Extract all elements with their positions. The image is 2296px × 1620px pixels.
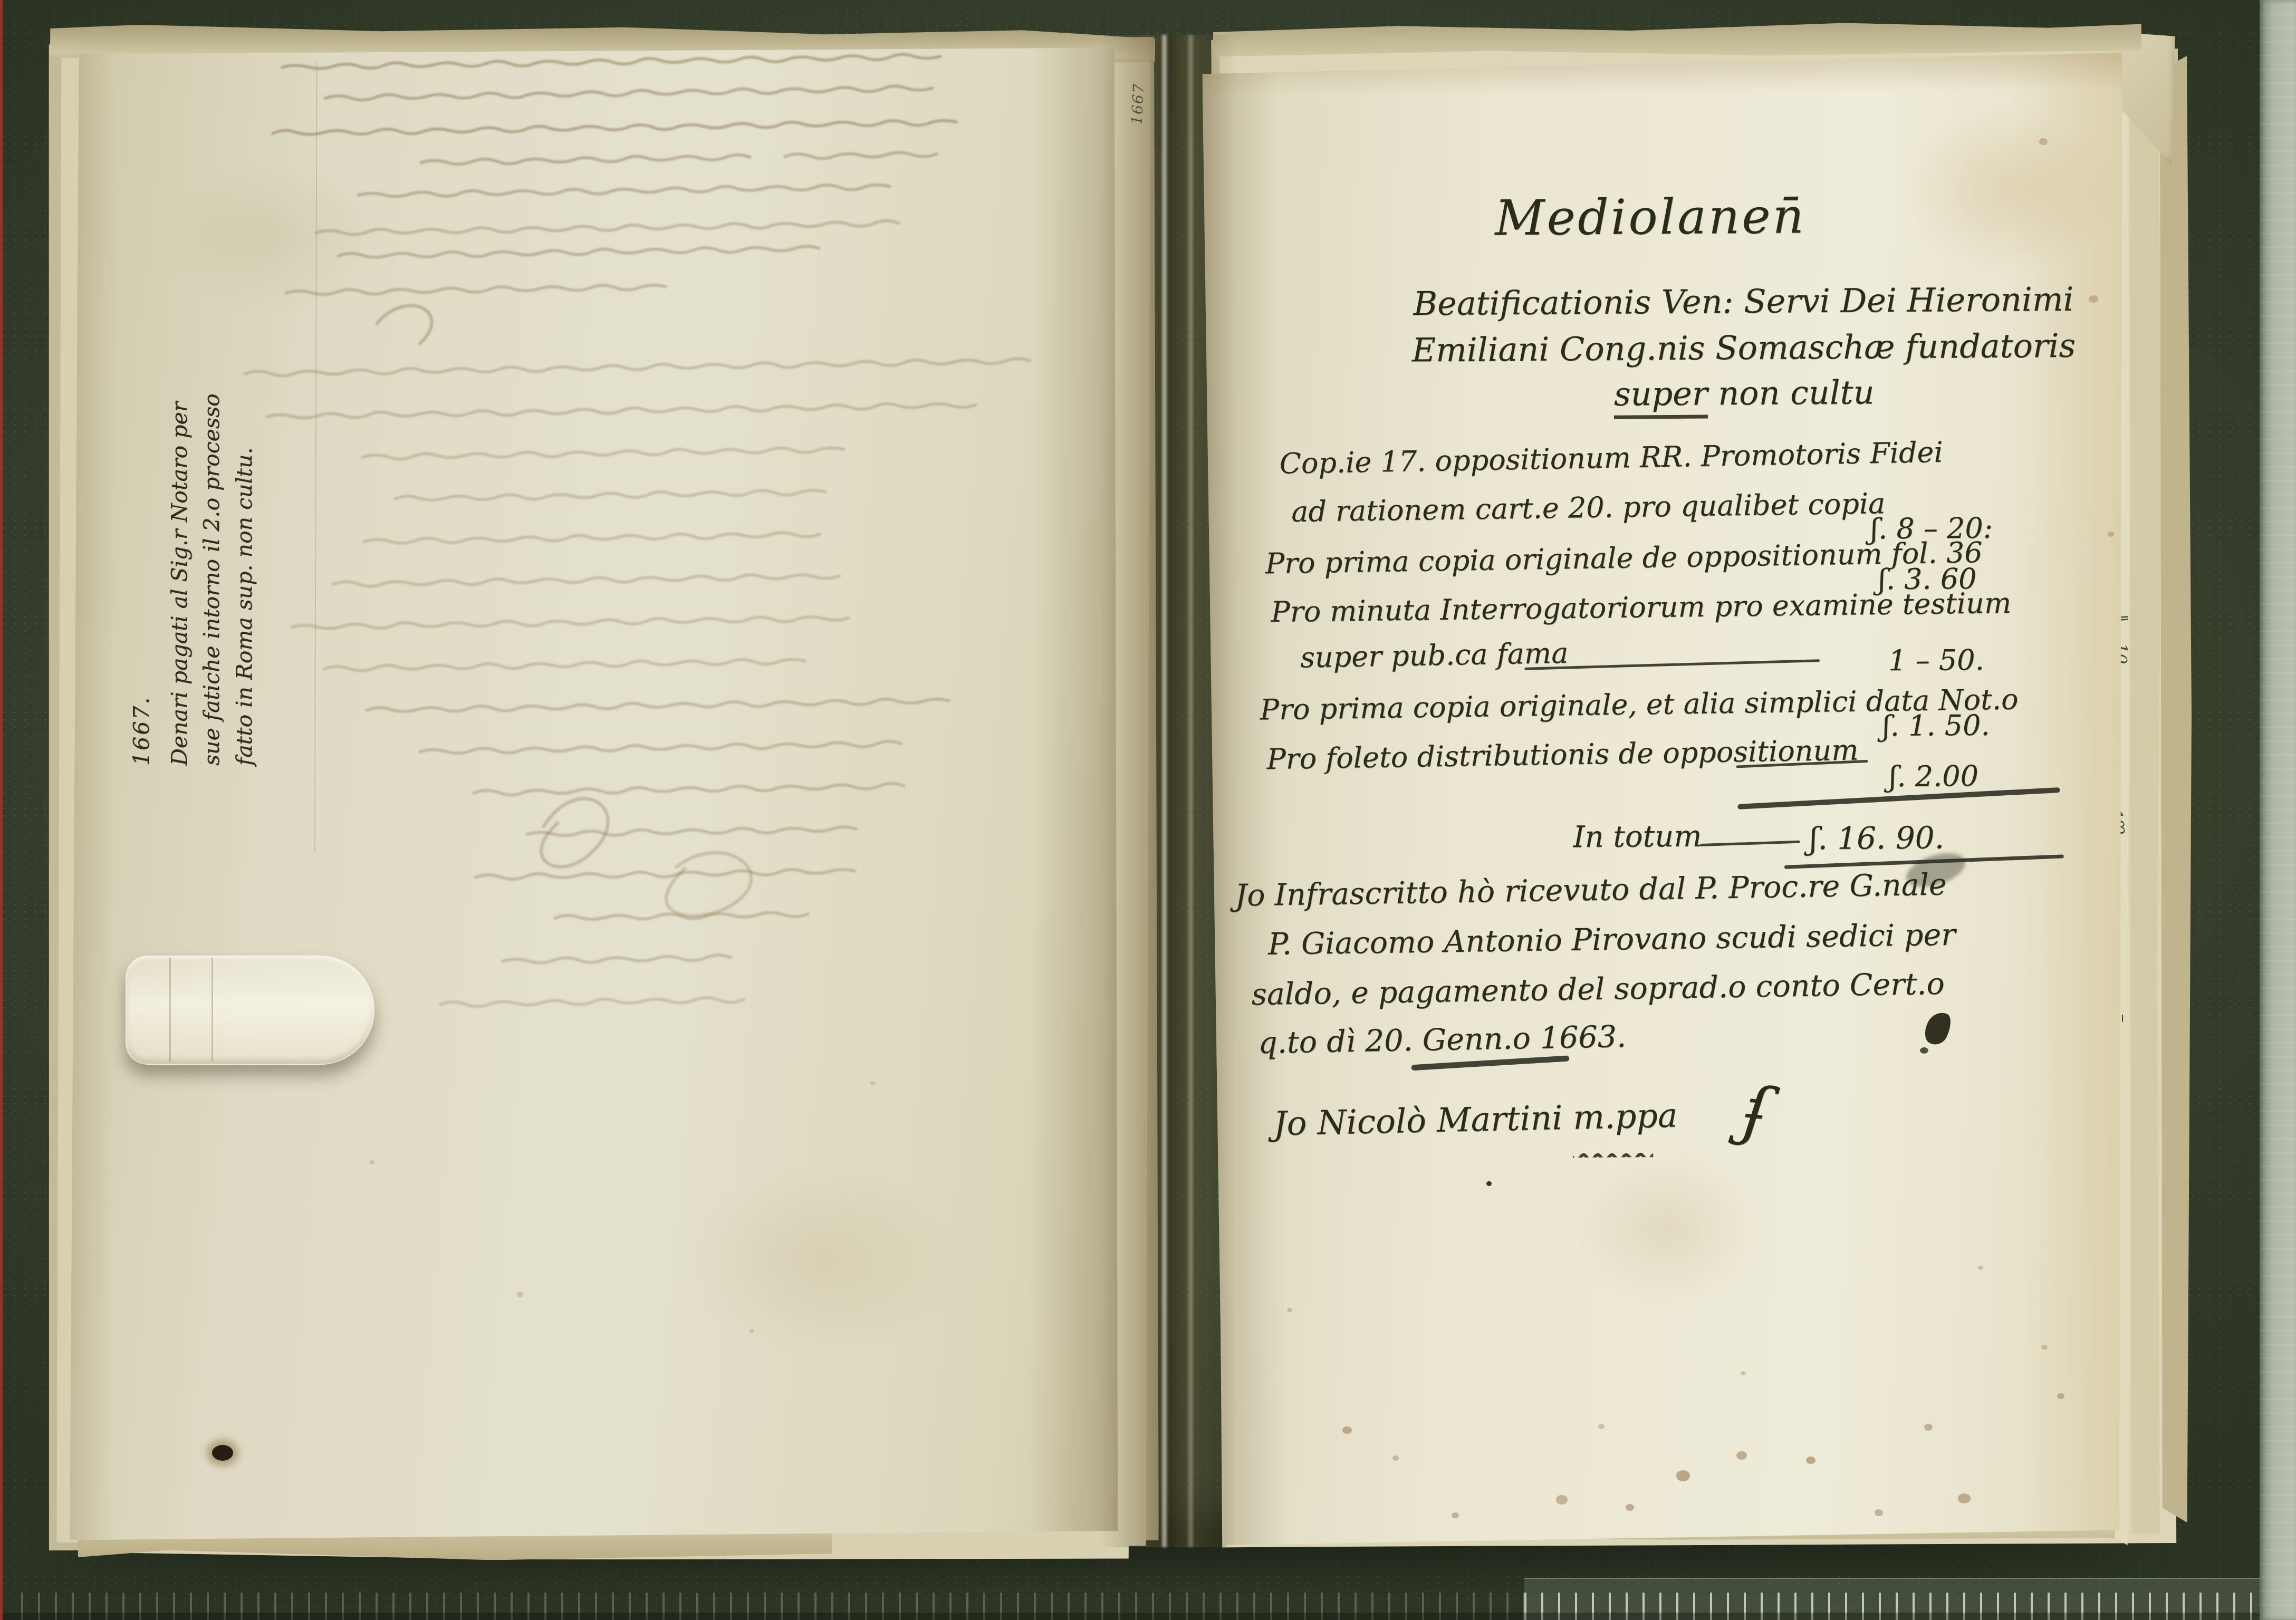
ink-blot <box>1920 1047 1928 1054</box>
page-weight-clip <box>126 956 374 1065</box>
foxing-spot <box>369 1160 374 1164</box>
bottom-shadow-band <box>0 1613 2296 1620</box>
receipt-line: saldo, e pagamento del soprad.o conto Ce… <box>1251 967 1945 1012</box>
foxing-spot <box>2039 138 2048 145</box>
fore-edge-leaf <box>2129 52 2161 1534</box>
account-row: ad rationem cart.e 20. pro qualibet copi… <box>1291 487 1886 528</box>
margin-note-year: 1667. <box>126 391 158 766</box>
heading-line-rest: non cultu <box>1707 373 1874 412</box>
total-amount: ʃ. 16. 90. <box>1809 819 1944 856</box>
gutter-edge-year: 1667 <box>1127 105 1148 174</box>
foxing-spot <box>1556 1495 1568 1505</box>
account-amount: ʃ. 1. 50. <box>1882 709 1990 742</box>
account-amount: 1 – 50. <box>1888 643 1984 677</box>
total-label: In totum <box>1573 819 1702 855</box>
wormhole-spot <box>212 1445 233 1461</box>
heading-line: Beatificationis Ven: Servi Dei Hieronimi <box>1374 279 2112 323</box>
foxing-spot <box>1958 1493 1971 1503</box>
receipt-date-line: q.to dì 20. Genn.o 1663. <box>1258 1019 1627 1060</box>
foxing-spot <box>1287 1308 1292 1312</box>
left-page <box>65 45 1121 1542</box>
ink-dash <box>1524 659 1820 670</box>
gutter-fold-highlight <box>1188 35 1193 1547</box>
foxing-spot <box>749 1329 754 1333</box>
foxing-spot <box>2108 532 2114 537</box>
edge-stain <box>2010 53 2136 1539</box>
signature-flourish <box>1572 1132 1709 1158</box>
foxing-spot <box>1978 1266 1983 1270</box>
account-row: Pro foleto distributionis de oppositionu… <box>1266 734 1859 776</box>
account-amount: ʃ. 2.00 <box>1889 759 1978 793</box>
account-amount: ʃ. 3. 60 <box>1878 562 1977 596</box>
foxing-spot <box>1736 1451 1747 1460</box>
foxing-spot <box>517 1292 523 1297</box>
account-amount: ʃ. 8 – 20: <box>1870 512 1993 546</box>
bleedthrough-handwriting <box>55 38 1132 1550</box>
clip-segment-line <box>169 958 171 1062</box>
ink-dash <box>1700 841 1800 846</box>
heading-line: super non cultu <box>1375 371 2113 415</box>
foxing-spot <box>2041 1345 2048 1350</box>
receipt-line: P. Giacomo Antonio Pirovano scudi sedici… <box>1267 918 1955 962</box>
foxing-spot <box>1741 1371 1746 1375</box>
heading-place: Mediolanen̄ <box>1495 188 1806 246</box>
margin-note-line: fatto in Roma sup. non cultu. <box>228 391 261 766</box>
foxing-spot <box>1392 1455 1399 1461</box>
fore-edge-leaf <box>2160 56 2192 1522</box>
scan-edge-red-line <box>0 0 3 1620</box>
foxing-spot <box>1924 1424 1933 1431</box>
ink-dot <box>1486 1181 1492 1186</box>
foxing-spot <box>1626 1504 1634 1511</box>
heading-line: Emiliani Cong.nis Somaschæ fundatoris <box>1375 326 2113 370</box>
account-row: Cop.ie 17. oppositionum RR. Promotoris F… <box>1279 436 1943 480</box>
signature-paraph-mark: ʄ <box>1740 1072 1772 1149</box>
gutter-shading <box>1198 59 1288 1545</box>
margin-note-line: sue fatiche intorno il 2.o processo <box>196 391 228 766</box>
right-page: Mediolanen̄ Beatificationis Ven: Servi D… <box>1198 53 2136 1545</box>
foxing-spot <box>1875 1509 1883 1516</box>
scanner-edge-strip <box>2260 0 2296 1620</box>
date-underline <box>1411 1055 1569 1071</box>
underlined-word: super <box>1614 374 1708 419</box>
gutter-fold-highlight <box>1162 35 1167 1547</box>
foxing-spot <box>1676 1470 1690 1481</box>
receipt-line: Jo Infrascritto hò ricevuto dal P. Proc.… <box>1235 867 1947 913</box>
clip-segment-line <box>212 958 213 1062</box>
foxing-spot <box>1598 1424 1605 1429</box>
margin-note: 1667. Denari pagati al Sig.r Notaro per … <box>126 391 315 766</box>
foxing-spot <box>870 1081 876 1085</box>
margin-note-line: Denari pagati al Sig.r Notaro per <box>164 391 196 766</box>
manuscript-photo: ‖ 10 1ʃ9 – e 1667. Denari pagati al Sig.… <box>0 0 2296 1620</box>
